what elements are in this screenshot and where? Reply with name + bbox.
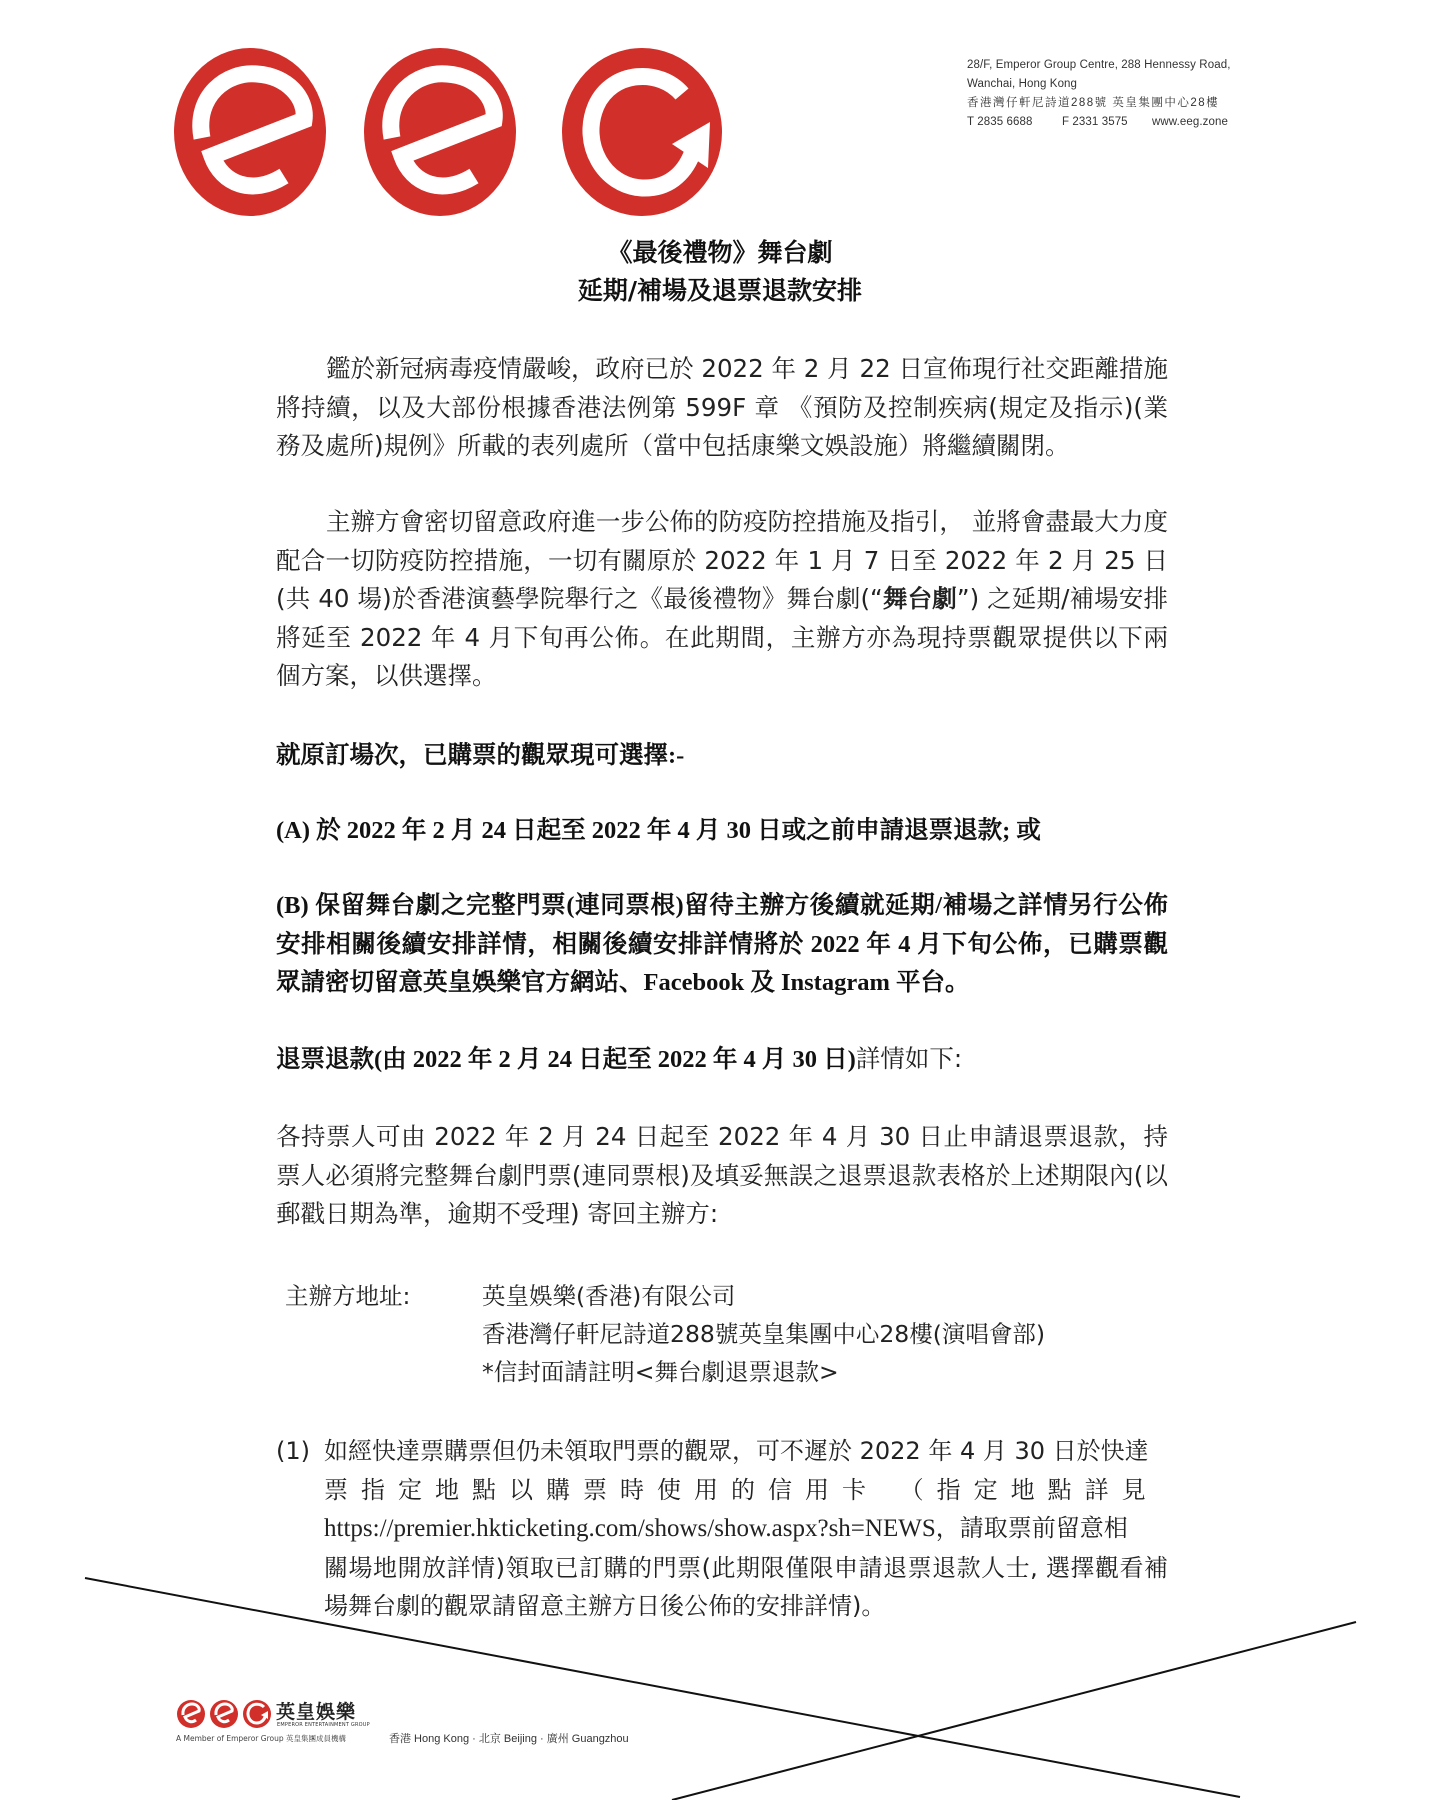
address-en-line1: 28/F, Emperor Group Centre, 288 Hennessy… xyxy=(967,56,1230,75)
organizer-company: 英皇娛樂(香港)有限公司 xyxy=(482,1277,1045,1315)
organizer-street-address: 香港灣仔軒尼詩道288號英皇集團中心28樓(演唱會部) xyxy=(482,1315,1045,1353)
refund-heading-tail: 詳情如下: xyxy=(856,1044,962,1073)
paragraph-closure-notice: 鑑於新冠病毒疫情嚴峻，政府已於 2022 年 2 月 22 日宣佈現行社交距離措… xyxy=(276,350,1168,466)
note-line-1: 如經快達票購票但仍未領取門票的觀眾，可不遲於 2022 年 4 月 30 日於快… xyxy=(324,1432,1168,1471)
logo-g-arrow-icon xyxy=(562,48,722,216)
cross-line-2 xyxy=(672,1622,1356,1800)
p2-bold-term: 舞台劇 xyxy=(883,584,957,613)
note-line-2: 票指定地點以購票時使用的信用卡 （指定地點詳見 xyxy=(324,1471,1168,1510)
footer-member-text: A Member of Emperor Group 英皇集團成員機構 xyxy=(176,1733,346,1744)
organizer-address-values: 英皇娛樂(香港)有限公司 香港灣仔軒尼詩道288號英皇集團中心28樓(演唱會部)… xyxy=(482,1277,1045,1391)
organizer-address-label: 主辦方地址: xyxy=(285,1277,410,1315)
eeg-logo xyxy=(172,46,724,218)
website-link[interactable]: www.eeg.zone xyxy=(1152,113,1228,132)
title-line-1: 《最後禮物》舞台劇 xyxy=(0,234,1440,272)
note-1: (1) 如經快達票購票但仍未領取門票的觀眾，可不遲於 2022 年 4 月 30… xyxy=(276,1432,1168,1626)
refund-instructions: 各持票人可由 2022 年 2 月 24 日起至 2022 年 4 月 30 日… xyxy=(276,1118,1168,1234)
contact-row: T 2835 6688F 2331 3575www.eeg.zone xyxy=(967,113,1230,132)
refund-heading-bold: 退票退款(由 2022 年 2 月 24 日起至 2022 年 4 月 30 日… xyxy=(276,1046,856,1073)
fax-number: F 2331 3575 xyxy=(1062,113,1152,132)
logo-e-icon-1 xyxy=(174,48,326,216)
phone-number: T 2835 6688 xyxy=(967,113,1062,132)
hkticketing-link[interactable]: https://premier.hkticketing.com/shows/sh… xyxy=(324,1515,936,1542)
document-title: 《最後禮物》舞台劇 延期/補場及退票退款安排 xyxy=(0,234,1440,310)
footer-cities: 香港 Hong Kong · 北京 Beijing · 廣州 Guangzhou xyxy=(389,1730,629,1746)
note-line-3: https://premier.hkticketing.com/shows/sh… xyxy=(324,1509,1168,1549)
note-line-4: 關場地開放詳情)領取已訂購的門票(此期限僅限申請退票退款人士, 選擇觀看補場舞台… xyxy=(324,1549,1168,1626)
note-line-3-tail: ，請取票前留意相 xyxy=(936,1514,1128,1542)
footer-brand-zh: 英皇娛樂 xyxy=(276,1697,356,1724)
logo-e-icon-2 xyxy=(364,48,516,216)
option-b: (B) 保留舞台劇之完整門票(連同票根)留待主辦方後續就延期/補場之詳情另行公佈… xyxy=(276,887,1168,1003)
options-heading: 就原訂場次，已購票的觀眾現可選擇:- xyxy=(276,737,1168,776)
address-zh: 香港灣仔軒尼詩道288號 英皇集團中心28樓 xyxy=(967,94,1230,113)
address-en-line2: Wanchai, Hong Kong xyxy=(967,75,1230,94)
refund-heading: 退票退款(由 2022 年 2 月 24 日起至 2022 年 4 月 30 日… xyxy=(276,1040,1168,1080)
note-body: 如經快達票購票但仍未領取門票的觀眾，可不遲於 2022 年 4 月 30 日於快… xyxy=(324,1432,1168,1626)
letterhead-address: 28/F, Emperor Group Centre, 288 Hennessy… xyxy=(967,56,1230,132)
title-line-2: 延期/補場及退票退款安排 xyxy=(0,272,1440,310)
footer-brand-en: EMPEROR ENTERTAINMENT GROUP xyxy=(277,1722,370,1728)
paragraph-postponement: 主辦方會密切留意政府進一步公佈的防疫防控措施及指引， 並將會盡最大力度配合一切防… xyxy=(276,503,1168,696)
option-a: (A) 於 2022 年 2 月 24 日起至 2022 年 4 月 30 日或… xyxy=(276,812,1168,851)
footer-eeg-icon xyxy=(176,1699,272,1729)
envelope-note: *信封面請註明<舞台劇退票退款> xyxy=(482,1353,1045,1391)
note-number: (1) xyxy=(276,1432,310,1471)
